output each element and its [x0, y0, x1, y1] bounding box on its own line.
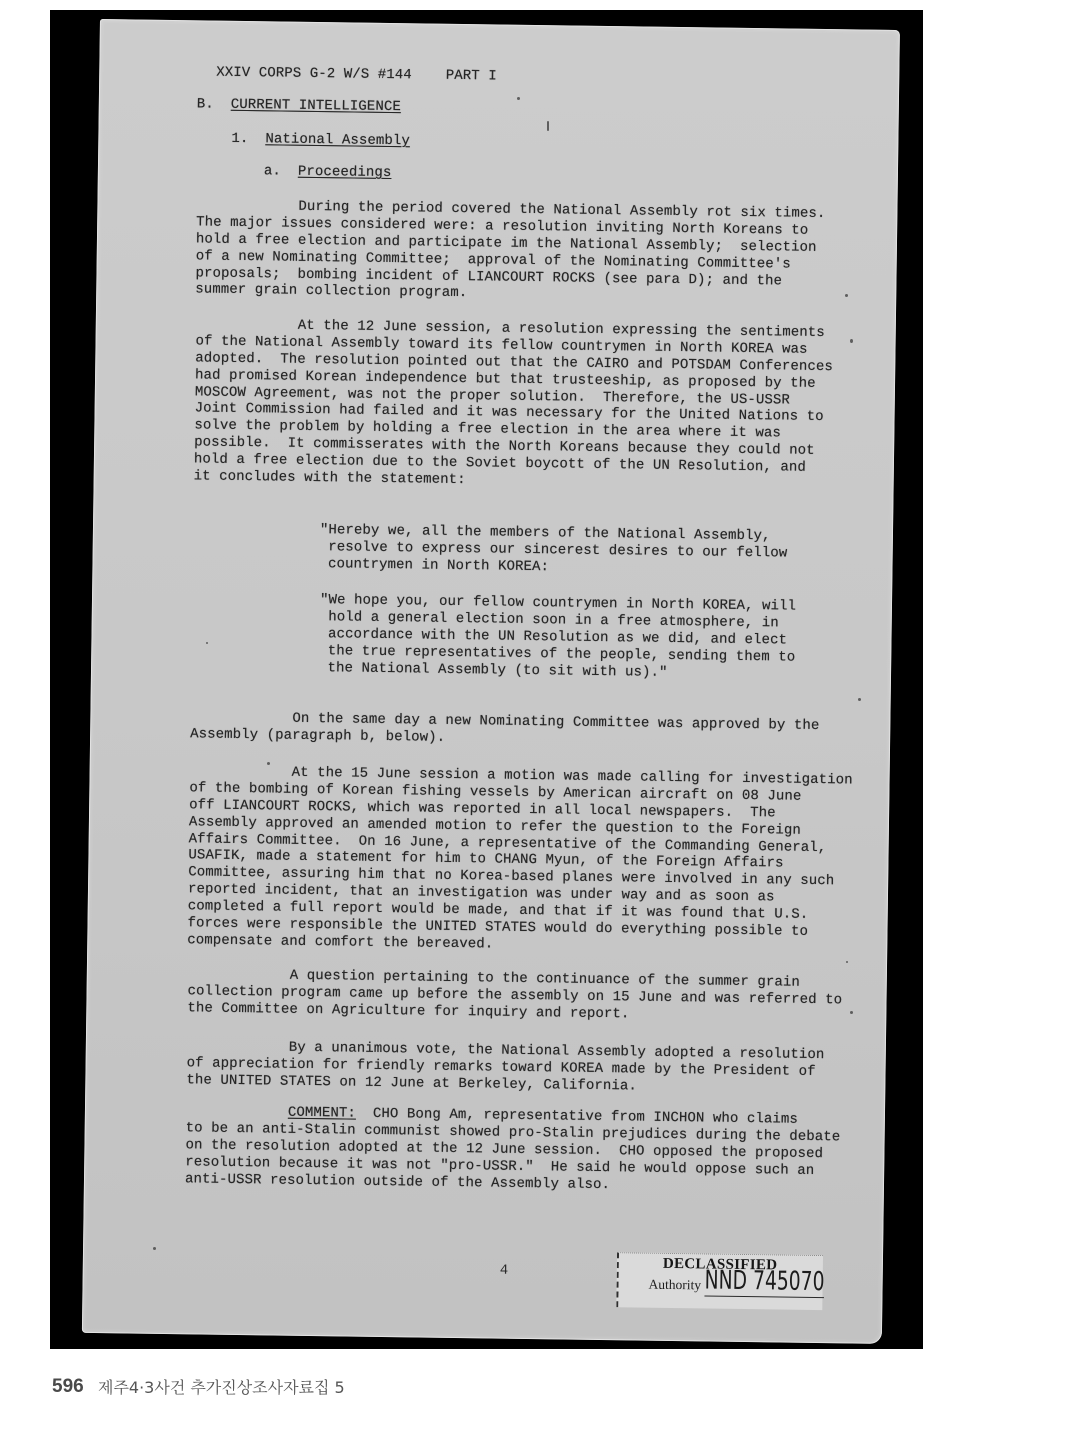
section-title: CURRENT INTELLIGENCE: [231, 97, 401, 115]
section-heading: B.CURRENT INTELLIGENCE: [197, 96, 401, 116]
quote-resolution-preamble: "Hereby we, all the members of the Natio…: [319, 522, 787, 579]
paragraph-nominating-committee: On the same day a new Nominating Committ…: [190, 709, 819, 751]
document-header: XXIV CORPS G-2 W/S #144PART I: [216, 65, 497, 86]
comment-label: COMMENT:: [288, 1105, 356, 1122]
document-page: XXIV CORPS G-2 W/S #144PART I B.CURRENT …: [82, 19, 900, 1344]
section-label: B.: [197, 96, 214, 112]
subsubsection-label: a.: [264, 163, 281, 179]
paragraph-grain-collection: A question pertaining to the continuance…: [187, 966, 842, 1026]
comment-lines: to be an anti-Stalin communist showed pr…: [185, 1120, 840, 1197]
paragraph-liancourt-bombing: At the 15 June session a motion was made…: [187, 763, 853, 958]
paragraph-12-june-resolution: At the 12 June session, a resolution exp…: [194, 316, 834, 494]
page-number: 4: [500, 1263, 509, 1280]
document-id: XXIV CORPS G-2 W/S #144: [216, 65, 412, 84]
subsection-title: National Assembly: [265, 131, 410, 149]
speck: [850, 1011, 853, 1014]
speck: [547, 121, 549, 131]
speck: [267, 762, 270, 765]
quote-resolution-body: "We hope you, our fellow countrymen in N…: [319, 592, 796, 683]
speck: [517, 97, 520, 100]
subsection-label: 1.: [231, 131, 248, 147]
book-page-number: 596: [52, 1376, 84, 1398]
stamp-authority-value: NND 745070: [704, 1265, 824, 1298]
speck: [206, 642, 208, 644]
paragraph-sessions-overview: During the period covered the National A…: [195, 197, 825, 307]
speck: [846, 961, 848, 963]
stamp-authority-label: Authority: [648, 1276, 701, 1294]
speck: [153, 1247, 156, 1250]
speck: [858, 698, 861, 701]
subsection-heading: 1.National Assembly: [231, 131, 410, 150]
subsubsection-heading: a.Proceedings: [264, 163, 392, 182]
speck: [850, 339, 853, 343]
book-title: 제주4·3사건 추가진상조사자료집 5: [98, 1377, 345, 1399]
subsubsection-title: Proceedings: [298, 164, 392, 181]
document-part: PART I: [446, 68, 497, 85]
paragraph-appreciation-resolution: By a unanimous vote, the National Assemb…: [186, 1038, 824, 1097]
declassified-stamp: DECLASSIFIED Authority NND 745070: [616, 1252, 823, 1310]
comment-paragraph: COMMENT:CHO Bong Am, representative from…: [185, 1103, 841, 1196]
speck: [845, 294, 848, 297]
